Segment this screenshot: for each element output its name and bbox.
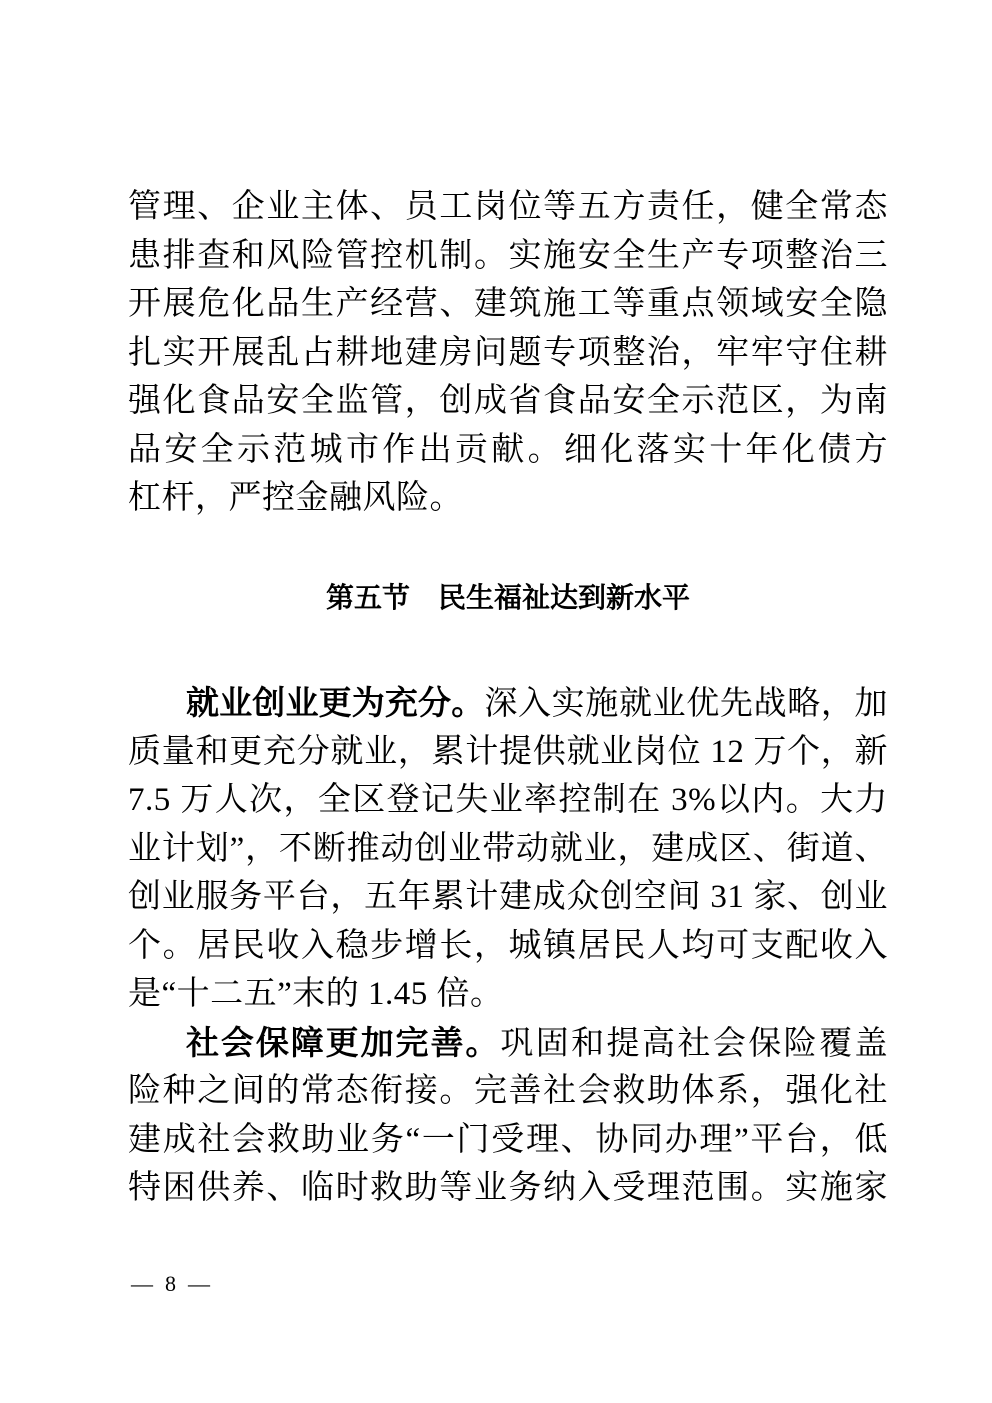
body-text: 质量和更充分就业，累计提供就业岗位 12 万个，新增就业人数 (128, 734, 888, 777)
bold-lead-text: 社会保障更加完善。 (186, 1024, 500, 1061)
text-line: 是“十二五”末的 1.45 倍。 (128, 970, 888, 1019)
section-title: 民生福祉达到新水平 (438, 583, 690, 614)
text-line: 患排查和风险管控机制。实施安全生产专项整治三年行动，积极 (128, 232, 888, 281)
text-line: 特困供养、临时救助等业务纳入受理范围。实施家居安防智能化 (128, 1164, 888, 1213)
text-line: 社会保障更加完善。巩固和提高社会保险覆盖率，规范各类 (128, 1019, 888, 1068)
body-text: 开展危化品生产经营、建筑施工等重点领域安全隐患排查整治。 (128, 286, 888, 329)
body-text: 管理、企业主体、员工岗位等五方责任，健全常态化、规范化隐 (128, 189, 888, 232)
text-line: 建成社会救助业务“一门受理、协同办理”平台，低保、低收入、 (128, 1116, 888, 1165)
section-label: 第五节 (326, 583, 410, 614)
paragraph: 管理、企业主体、员工岗位等五方责任，健全常态化、规范化隐患排查和风险管控机制。实… (128, 183, 888, 523)
text-line: 品安全示范城市作出贡献。细化落实十年化债方案，积极稳妥降 (128, 426, 888, 475)
paragraph: 就业创业更为充分。深入实施就业优先战略，加快推动更高质量和更充分就业，累计提供就… (128, 679, 888, 1019)
paragraph-slot: 管理、企业主体、员工岗位等五方责任，健全常态化、规范化隐患排查和风险管控机制。实… (128, 183, 888, 523)
page-number: 8 (165, 1271, 177, 1296)
body-text: 是“十二五”末的 1.45 倍。 (128, 976, 504, 1012)
text-line: 强化食品安全监管，创成省食品安全示范区，为南通创建国家食 (128, 377, 888, 426)
footer-dash-left: — (131, 1271, 154, 1296)
body-text: 特困供养、临时救助等业务纳入受理范围。实施家居安防智能化 (128, 1170, 888, 1213)
text-line: 创业服务平台，五年累计建成众创空间 31 家、创业孵化基地 17 (128, 873, 888, 922)
page-body: 管理、企业主体、员工岗位等五方责任，健全常态化、规范化隐患排查和风险管控机制。实… (128, 183, 888, 1213)
body-text: 患排查和风险管控机制。实施安全生产专项整治三年行动，积极 (128, 238, 888, 281)
section-heading: 第五节民生福祉达到新水平 (128, 575, 888, 624)
bold-lead-text: 就业创业更为充分。 (186, 684, 484, 721)
paragraph-slot: 就业创业更为充分。深入实施就业优先战略，加快推动更高质量和更充分就业，累计提供就… (128, 679, 888, 1019)
body-text: 扎实开展乱占耕地建房问题专项整治，牢牢守住耕地保护红线。 (128, 335, 888, 378)
paragraph: 社会保障更加完善。巩固和提高社会保险覆盖率，规范各类险种之间的常态衔接。完善社会… (128, 1019, 888, 1213)
text-line: 质量和更充分就业，累计提供就业岗位 12 万个，新增就业人数 (128, 728, 888, 777)
text-line: 业计划”，不断推动创业带动就业，建成区、街道、社区三级联动 (128, 825, 888, 874)
body-text: 7.5 万人次，全区登记失业率控制在 3%以内。大力实施“万人创 (128, 782, 888, 825)
text-line: 管理、企业主体、员工岗位等五方责任，健全常态化、规范化隐 (128, 183, 888, 232)
text-line: 险种之间的常态衔接。完善社会救助体系，强化社会救助“兜底”， (128, 1067, 888, 1116)
body-text: 建成社会救助业务“一门受理、协同办理”平台，低保、低收入、 (128, 1122, 888, 1165)
text-line: 开展危化品生产经营、建筑施工等重点领域安全隐患排查整治。 (128, 280, 888, 329)
text-line: 就业创业更为充分。深入实施就业优先战略，加快推动更高 (128, 679, 888, 728)
body-text: 险种之间的常态衔接。完善社会救助体系，强化社会救助“兜底”， (128, 1073, 888, 1116)
body-text: 业计划”，不断推动创业带动就业，建成区、街道、社区三级联动 (128, 831, 888, 874)
document-page: 管理、企业主体、员工岗位等五方责任，健全常态化、规范化隐患排查和风险管控机制。实… (0, 0, 992, 1403)
text-line: 杠杆，严控金融风险。 (128, 474, 888, 523)
body-text: 杠杆，严控金融风险。 (128, 480, 463, 516)
body-text: 创业服务平台，五年累计建成众创空间 31 家、创业孵化基地 17 (128, 879, 888, 922)
text-line: 个。居民收入稳步增长，城镇居民人均可支配收入达 5.6 万元， (128, 922, 888, 971)
footer-dash-right: — (188, 1271, 211, 1296)
text-line: 7.5 万人次，全区登记失业率控制在 3%以内。大力实施“万人创 (128, 776, 888, 825)
paragraph-slot: 社会保障更加完善。巩固和提高社会保险覆盖率，规范各类险种之间的常态衔接。完善社会… (128, 1019, 888, 1213)
page-footer: —8— (131, 1272, 211, 1296)
text-line: 扎实开展乱占耕地建房问题专项整治，牢牢守住耕地保护红线。 (128, 329, 888, 378)
body-text: 品安全示范城市作出贡献。细化落实十年化债方案，积极稳妥降 (128, 432, 888, 475)
body-text: 强化食品安全监管，创成省食品安全示范区，为南通创建国家食 (128, 383, 888, 426)
body-text: 个。居民收入稳步增长，城镇居民人均可支配收入达 5.6 万元， (128, 928, 888, 971)
